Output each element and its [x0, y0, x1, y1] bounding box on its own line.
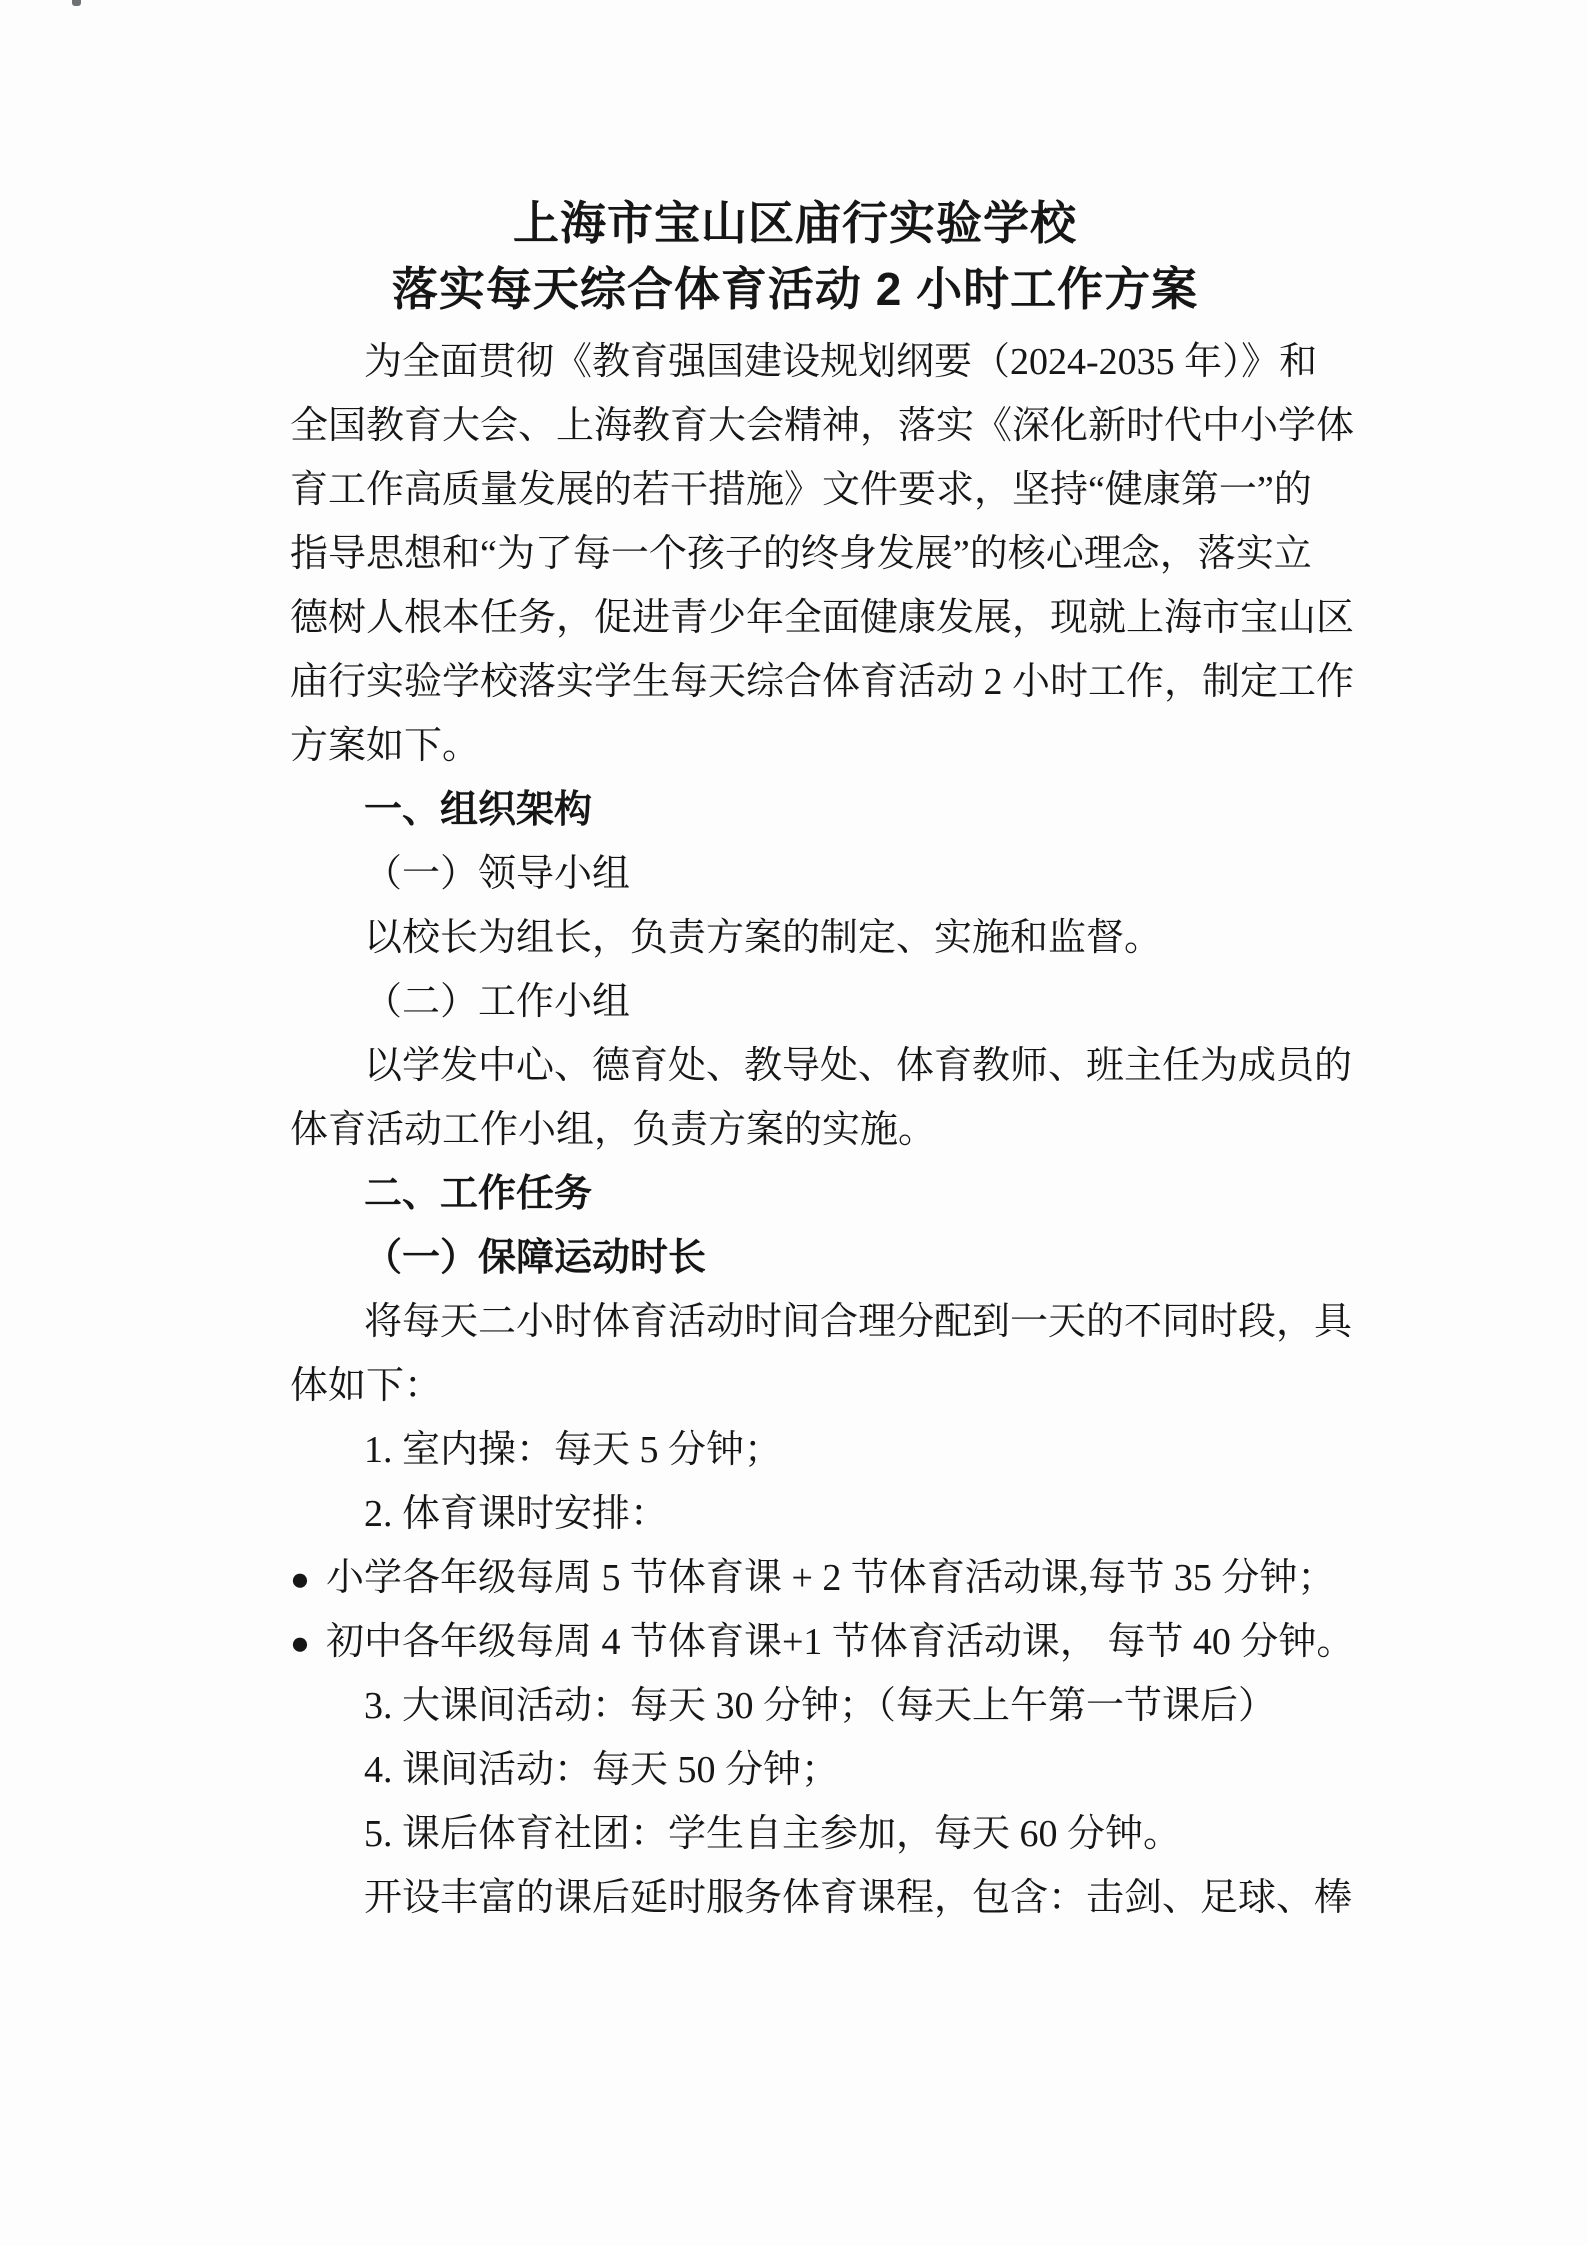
numbered-item: 1. 室内操：每天 5 分钟；	[290, 1418, 1300, 1482]
document-body: 为全面贯彻《教育强国建设规划纲要（2024-2035 年）》和 全国教育大会、上…	[290, 330, 1300, 1930]
list-item: ● 小学各年级每周 5 节体育课 + 2 节体育活动课,每节 35 分钟；	[290, 1546, 1300, 1610]
numbered-item: 2. 体育课时安排：	[290, 1482, 1300, 1546]
list-item-text: 初中各年级每周 4 节体育课+1 节体育活动课， 每节 40 分钟。	[326, 1610, 1354, 1674]
paragraph-line: 将每天二小时体育活动时间合理分配到一天的不同时段，具	[290, 1290, 1300, 1354]
paragraph-line: 为全面贯彻《教育强国建设规划纲要（2024-2035 年）》和	[290, 330, 1300, 394]
paragraph-line: 方案如下。	[290, 714, 1300, 778]
paragraph-line: 育工作高质量发展的若干措施》文件要求，坚持“健康第一”的	[290, 458, 1300, 522]
scan-artifact	[72, 0, 81, 6]
sub-section-heading: （一）保障运动时长	[290, 1226, 1300, 1290]
numbered-item: 3. 大课间活动：每天 30 分钟；（每天上午第一节课后）	[290, 1674, 1300, 1738]
document-title-line-1: 上海市宝山区庙行实验学校	[290, 190, 1300, 256]
paragraph-line: 以校长为组长，负责方案的制定、实施和监督。	[290, 906, 1300, 970]
section-heading: 一、组织架构	[290, 778, 1300, 842]
document-title-line-2: 落实每天综合体育活动 2 小时工作方案	[290, 256, 1300, 322]
document-page: 上海市宝山区庙行实验学校 落实每天综合体育活动 2 小时工作方案 为全面贯彻《教…	[0, 0, 1587, 2245]
sub-section-title: （一）领导小组	[290, 842, 1300, 906]
paragraph-line: 以学发中心、德育处、教导处、体育教师、班主任为成员的	[290, 1034, 1300, 1098]
sub-section-title: （二）工作小组	[290, 970, 1300, 1034]
paragraph-line: 开设丰富的课后延时服务体育课程，包含：击剑、足球、棒	[290, 1866, 1300, 1930]
paragraph-line: 全国教育大会、上海教育大会精神，落实《深化新时代中小学体	[290, 394, 1300, 458]
numbered-item: 5. 课后体育社团：学生自主参加，每天 60 分钟。	[290, 1802, 1300, 1866]
paragraph-line: 庙行实验学校落实学生每天综合体育活动 2 小时工作，制定工作	[290, 650, 1300, 714]
paragraph-line: 指导思想和“为了每一个孩子的终身发展”的核心理念，落实立	[290, 522, 1300, 586]
list-item-text: 小学各年级每周 5 节体育课 + 2 节体育活动课,每节 35 分钟；	[326, 1546, 1335, 1610]
paragraph-line: 体育活动工作小组，负责方案的实施。	[290, 1098, 1300, 1162]
bullet-icon: ●	[290, 1612, 310, 1676]
list-item: ● 初中各年级每周 4 节体育课+1 节体育活动课， 每节 40 分钟。	[290, 1610, 1300, 1674]
section-heading: 二、工作任务	[290, 1162, 1300, 1226]
document-content: 上海市宝山区庙行实验学校 落实每天综合体育活动 2 小时工作方案 为全面贯彻《教…	[290, 190, 1300, 1930]
paragraph-line: 体如下：	[290, 1354, 1300, 1418]
numbered-item: 4. 课间活动：每天 50 分钟；	[290, 1738, 1300, 1802]
paragraph-line: 德树人根本任务，促进青少年全面健康发展，现就上海市宝山区	[290, 586, 1300, 650]
bullet-icon: ●	[290, 1548, 310, 1612]
